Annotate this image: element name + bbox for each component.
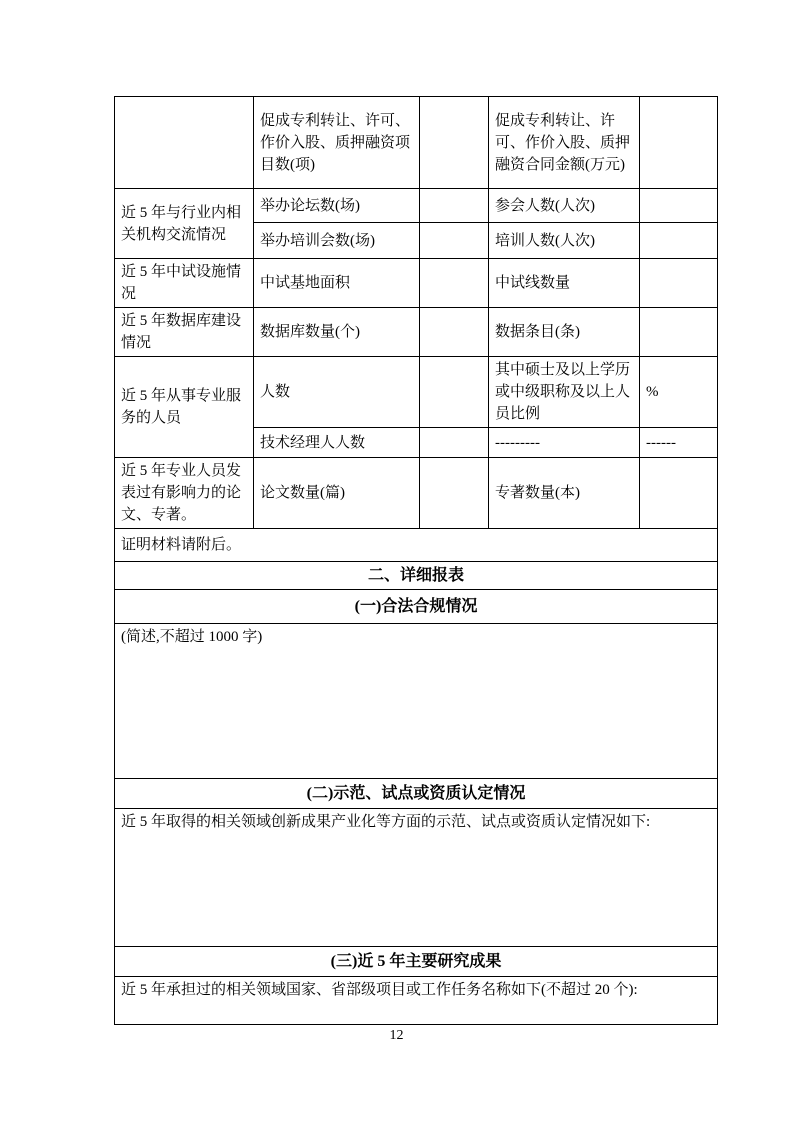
pilot-line-count-label-cell: 中试线数量 — [489, 259, 640, 308]
pilot-base-area-value-cell — [420, 259, 489, 308]
papers-label-cell: 论文数量(篇) — [254, 458, 420, 529]
patent-amount-value-cell — [640, 97, 718, 189]
forums-label-cell: 举办论坛数(场) — [254, 189, 420, 223]
papers-value-cell — [420, 458, 489, 529]
publications-row-label-cell: 近 5 年专业人员发表过有影响力的论文、专著。 — [115, 458, 254, 529]
page-number: 12 — [0, 1028, 793, 1044]
patent-row-label-cell — [115, 97, 254, 189]
table-row-attachment-note: 证明材料请附后。 — [115, 529, 718, 562]
trainings-label-cell: 举办培训会数(场) — [254, 223, 420, 259]
tech-manager-value-cell — [420, 428, 489, 458]
section1-hint-cell: (简述,不超过 1000 字) — [115, 624, 718, 779]
forum-attendance-value-cell — [640, 189, 718, 223]
exchange-row-label-cell: 近 5 年与行业内相关机构交流情况 — [115, 189, 254, 259]
table-row-pilot-facility: 近 5 年中试设施情况 中试基地面积 中试线数量 — [115, 259, 718, 308]
table-row-detail-title: 二、详细报表 — [115, 562, 718, 590]
summary-table: 促成专利转让、许可、作价入股、质押融资项目数(项) 促成专利转让、许可、作价入股… — [114, 96, 718, 1025]
trainings-value-cell — [420, 223, 489, 259]
patent-count-value-cell — [420, 97, 489, 189]
database-entries-value-cell — [640, 308, 718, 357]
pilot-row-label-cell: 近 5 年中试设施情况 — [115, 259, 254, 308]
pilot-base-area-label-cell: 中试基地面积 — [254, 259, 420, 308]
personnel-headcount-label-cell: 人数 — [254, 357, 420, 428]
table-row-section1-title: (一)合法合规情况 — [115, 590, 718, 624]
personnel-row-label-cell: 近 5 年从事专业服务的人员 — [115, 357, 254, 458]
table-row-publications: 近 5 年专业人员发表过有影响力的论文、专著。 论文数量(篇) 专著数量(本) — [115, 458, 718, 529]
patent-amount-label-cell: 促成专利转让、许可、作价入股、质押融资合同金额(万元) — [489, 97, 640, 189]
table-row-section2-title: (二)示范、试点或资质认定情况 — [115, 779, 718, 809]
database-entries-label-cell: 数据条目(条) — [489, 308, 640, 357]
section1-title-cell: (一)合法合规情况 — [115, 590, 718, 624]
table-row-section3-body: 近 5 年承担过的相关领域国家、省部级项目或工作任务名称如下(不超过 20 个)… — [115, 977, 718, 1025]
database-count-value-cell — [420, 308, 489, 357]
table-row-forums: 近 5 年与行业内相关机构交流情况 举办论坛数(场) 参会人数(人次) — [115, 189, 718, 223]
table-row-section1-body: (简述,不超过 1000 字) — [115, 624, 718, 779]
table-row-personnel: 近 5 年从事专业服务的人员 人数 其中硕士及以上学历或中级职称及以上人员比例 … — [115, 357, 718, 428]
patent-count-label-cell: 促成专利转让、许可、作价入股、质押融资项目数(项) — [254, 97, 420, 189]
training-attendance-value-cell — [640, 223, 718, 259]
monographs-label-cell: 专著数量(本) — [489, 458, 640, 529]
table-row-database: 近 5 年数据库建设情况 数据库数量(个) 数据条目(条) — [115, 308, 718, 357]
database-count-label-cell: 数据库数量(个) — [254, 308, 420, 357]
section3-title-cell: (三)近 5 年主要研究成果 — [115, 947, 718, 977]
forums-value-cell — [420, 189, 489, 223]
placeholder-short-cell: ------ — [640, 428, 718, 458]
forum-attendance-label-cell: 参会人数(人次) — [489, 189, 640, 223]
personnel-ratio-unit-cell: % — [640, 357, 718, 428]
database-row-label-cell: 近 5 年数据库建设情况 — [115, 308, 254, 357]
placeholder-long-cell: --------- — [489, 428, 640, 458]
table-row-section2-body: 近 5 年取得的相关领域创新成果产业化等方面的示范、试点或资质认定情况如下: — [115, 809, 718, 947]
table-row-patent: 促成专利转让、许可、作价入股、质押融资项目数(项) 促成专利转让、许可、作价入股… — [115, 97, 718, 189]
attachment-note-cell: 证明材料请附后。 — [115, 529, 718, 562]
section3-body-cell: 近 5 年承担过的相关领域国家、省部级项目或工作任务名称如下(不超过 20 个)… — [115, 977, 718, 1025]
pilot-line-count-value-cell — [640, 259, 718, 308]
table-row-section3-title: (三)近 5 年主要研究成果 — [115, 947, 718, 977]
section2-body-cell: 近 5 年取得的相关领域创新成果产业化等方面的示范、试点或资质认定情况如下: — [115, 809, 718, 947]
section2-title-cell: (二)示范、试点或资质认定情况 — [115, 779, 718, 809]
document-page: 促成专利转让、许可、作价入股、质押融资项目数(项) 促成专利转让、许可、作价入股… — [0, 0, 793, 1122]
personnel-ratio-label-cell: 其中硕士及以上学历或中级职称及以上人员比例 — [489, 357, 640, 428]
detail-title-cell: 二、详细报表 — [115, 562, 718, 590]
training-attendance-label-cell: 培训人数(人次) — [489, 223, 640, 259]
personnel-headcount-value-cell — [420, 357, 489, 428]
tech-manager-label-cell: 技术经理人人数 — [254, 428, 420, 458]
monographs-value-cell — [640, 458, 718, 529]
